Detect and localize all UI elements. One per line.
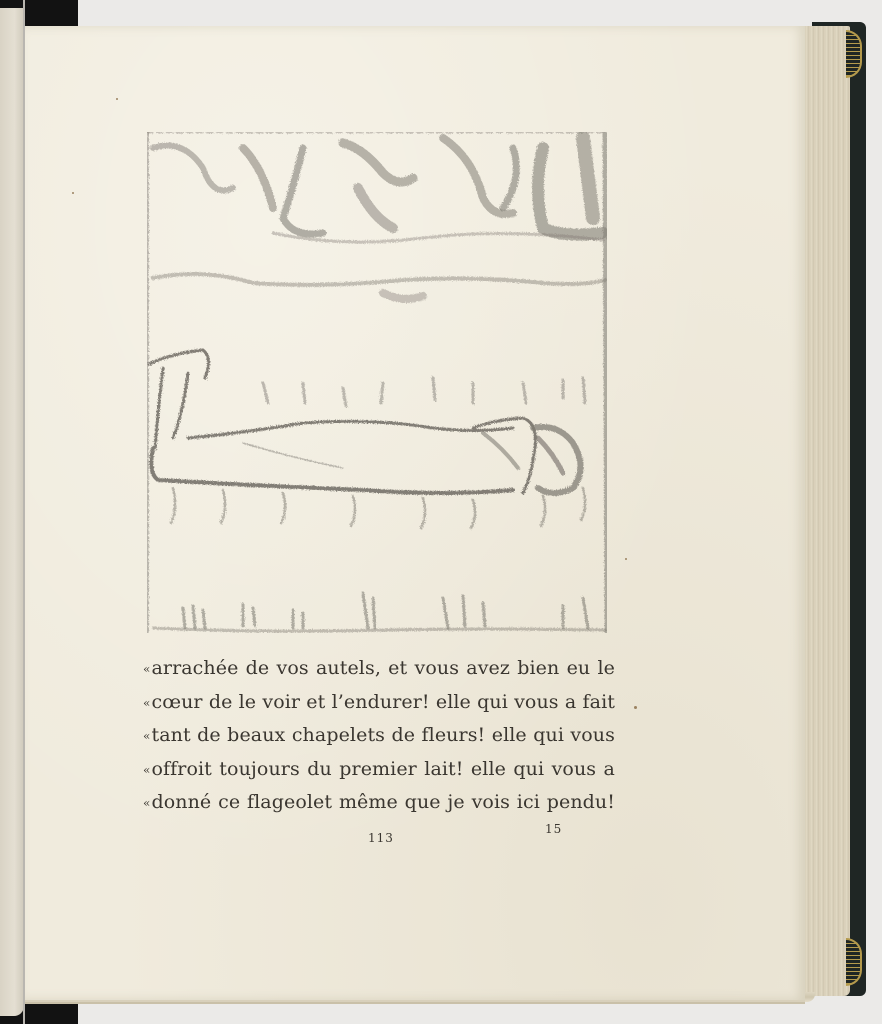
text-line: «donné ce flageolet même que je vois ici… <box>143 786 615 820</box>
text-line: «tant de beaux chapelets de fleurs! elle… <box>143 719 615 753</box>
line-text: donné ce flageolet même que je vois ici … <box>151 791 615 813</box>
lithograph-illustration <box>143 128 611 638</box>
lithograph-illustration-icon <box>143 128 611 638</box>
body-text: «arrachée de vos autels, et vous avez bi… <box>143 652 615 820</box>
quote-mark: « <box>143 763 150 777</box>
quote-mark: « <box>143 696 150 710</box>
quote-mark: « <box>143 729 150 743</box>
paper-speck <box>634 706 637 709</box>
line-text: cœur de le voir et l’endurer! elle qui v… <box>151 691 615 713</box>
text-line: «offroit toujours du premier lait! elle … <box>143 753 615 787</box>
text-line: «arrachée de vos autels, et vous avez bi… <box>143 652 615 686</box>
line-text: arrachée de vos autels, et vous avez bie… <box>151 657 615 679</box>
quote-mark: « <box>143 662 150 676</box>
text-line: «cœur de le voir et l’endurer! elle qui … <box>143 686 615 720</box>
quote-mark: « <box>143 796 150 810</box>
paper-speck <box>72 192 74 194</box>
paper-speck <box>116 98 118 100</box>
line-text: tant de beaux chapelets de fleurs! elle … <box>151 724 615 746</box>
previous-page-edge <box>0 8 24 1016</box>
signature-mark: 15 <box>545 822 562 836</box>
page-block-edge <box>800 26 850 996</box>
line-text: offroit toujours du premier lait! elle q… <box>151 758 615 780</box>
book-scan-scene: «arrachée de vos autels, et vous avez bi… <box>0 0 882 1024</box>
page-number: 113 <box>368 831 394 845</box>
paper-speck <box>625 558 627 560</box>
